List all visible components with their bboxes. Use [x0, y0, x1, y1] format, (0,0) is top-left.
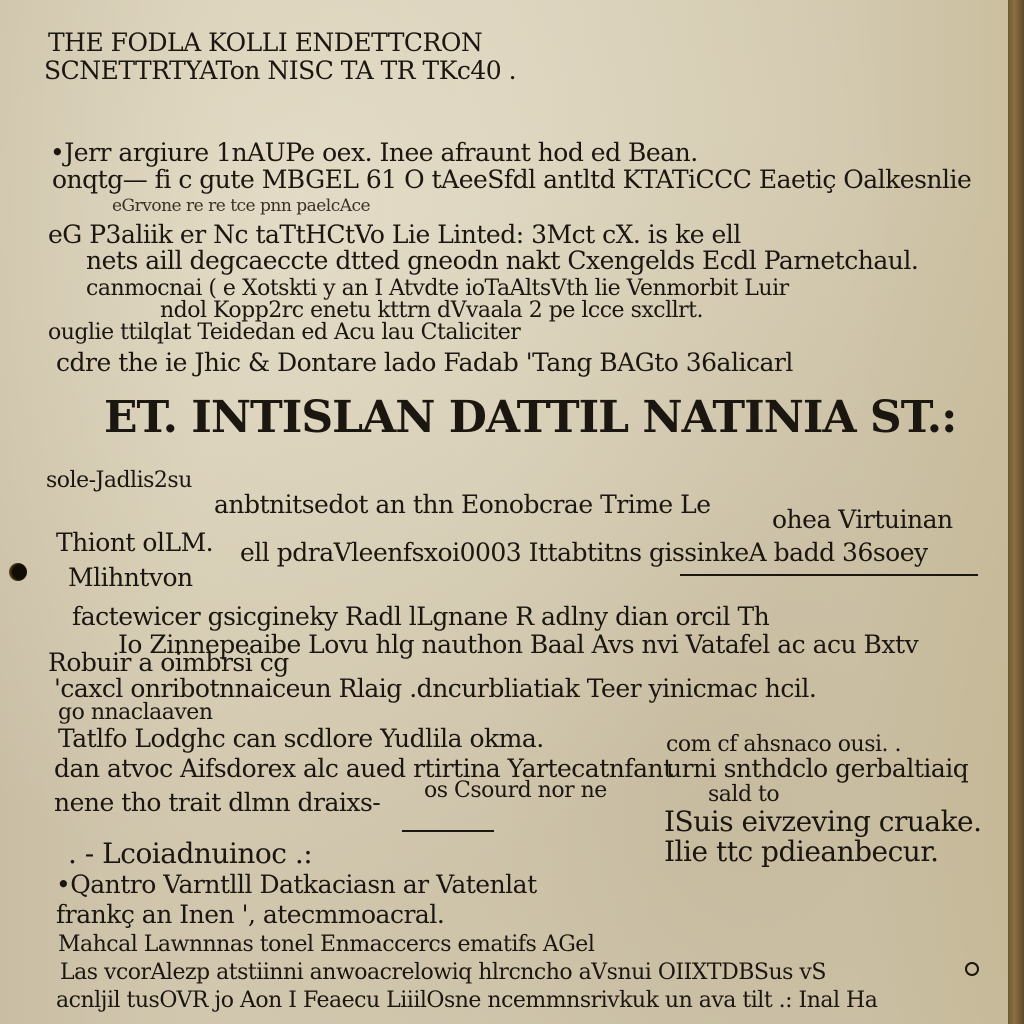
- paragraph-4-line-3: frankç an Inen ', atecmmoacral.: [56, 902, 444, 927]
- paragraph-1-line-6: canmocnai ( e Xotskti y an I Atvdte ioTa…: [86, 278, 789, 300]
- short-rule: [402, 830, 494, 832]
- binding-hole: [9, 563, 27, 581]
- paragraph-1-line-5: nets aill degcaeccte dtted gneodn nakt C…: [86, 248, 918, 273]
- paragraph-4-line-2: •Qantro Varntlll Datkaciasn ar Vatenlat: [56, 872, 537, 897]
- section-2-main-2: ell pdraVleenfsxoi0003 Ittabtitns gissin…: [240, 540, 928, 565]
- paragraph-1-line-4: eG P3aliik er Nc taTtHCtVo Lie Linted: 3…: [48, 222, 741, 247]
- right-block-line-3: sald to: [708, 784, 779, 806]
- paragraph-3-tail-2: os Csourd nor ne: [424, 780, 607, 802]
- paragraph-1-line-7: ndol Kopp2rc enetu kttrn dVvaala 2 pe lc…: [160, 300, 703, 322]
- paragraph-3-line-1: factewicer gsicgineky Radl lLgnane R adl…: [72, 604, 769, 629]
- ink-dot: [965, 962, 979, 976]
- paragraph-1-line-8: ouglie ttilqlat Teidedan ed Acu lau Ctal…: [48, 322, 520, 344]
- right-block-line-5: Ilie ttc pdieanbecur.: [664, 838, 939, 866]
- paragraph-4-line-6: acnljil tusOVR jo Aon I Feaecu LiiilOsne…: [56, 990, 877, 1012]
- right-block-line-1: com cf ahsnaco ousi. .: [666, 734, 901, 756]
- paragraph-3-line-4: 'caxcl onribotnnaiceun Rlaig .dncurbliat…: [54, 676, 816, 701]
- paragraph-4-line-1: . - Lcoiadnuinoc .:: [68, 840, 312, 868]
- paragraph-1-line-1: •Jerr argiure 1nAUPe­ oex. Inee afraunt …: [50, 140, 698, 165]
- paragraph-4-line-5: Las vcorAlezp atstiinni anwoacrelowiq hl…: [60, 962, 826, 984]
- header-line-1: THE FODLA KOLLI ENDETTCRON: [48, 30, 482, 55]
- section-2-left-2: Thiont olLM.: [56, 530, 213, 555]
- section-2-left-3: Mlihntvon: [68, 565, 193, 590]
- paragraph-3-line-5: go nnaclaaven: [58, 702, 212, 724]
- parchment-page: THE FODLA KOLLI ENDETTCRON SCNETTRTYATon…: [0, 0, 1008, 1024]
- paragraph-3-line-3: Robuir a oimbrsi cg: [48, 650, 289, 675]
- paragraph-1-line-9: cdre the ie Jhic & Dontare lado Fadab 'T…: [56, 350, 793, 375]
- paragraph-1-line-2: onqtg— fi c gute MBGEL 61 O tAeeSfdl ant…: [52, 167, 971, 192]
- document-title: ET. INTISLAN DATTIL NATINIA ST.:: [104, 396, 956, 440]
- section-2-main-1: anbtnitsedot an thn Eonobcrae Trime Le: [214, 492, 711, 517]
- right-block-line-2: urni snthdclo gerbaltiaiq: [666, 756, 968, 781]
- paragraph-3-line-6: Tatlfo Lodghc can scdlore Yudlila okma.: [58, 726, 544, 751]
- right-block-line-4: ISuis eivzeving cruake.: [664, 808, 982, 836]
- section-2-left-1: sole-Jadlis2su: [46, 470, 192, 492]
- underline-rule: [680, 574, 978, 576]
- section-2-right-1: ohea Virtuinan: [772, 507, 953, 532]
- paragraph-4-line-4: Mahcal Lawnnnas tonel Enmaccercs ematifs…: [58, 934, 594, 956]
- header-line-2: SCNETTRTYATon NISC TA TR TKc40 .: [44, 58, 516, 83]
- paragraph-3-tail-1: nene tho trait dlmn draixs-: [54, 790, 380, 815]
- paragraph-1-line-3: eGrvone re re tce pnn paelcAce: [112, 198, 370, 215]
- binding-edge: [1008, 0, 1024, 1024]
